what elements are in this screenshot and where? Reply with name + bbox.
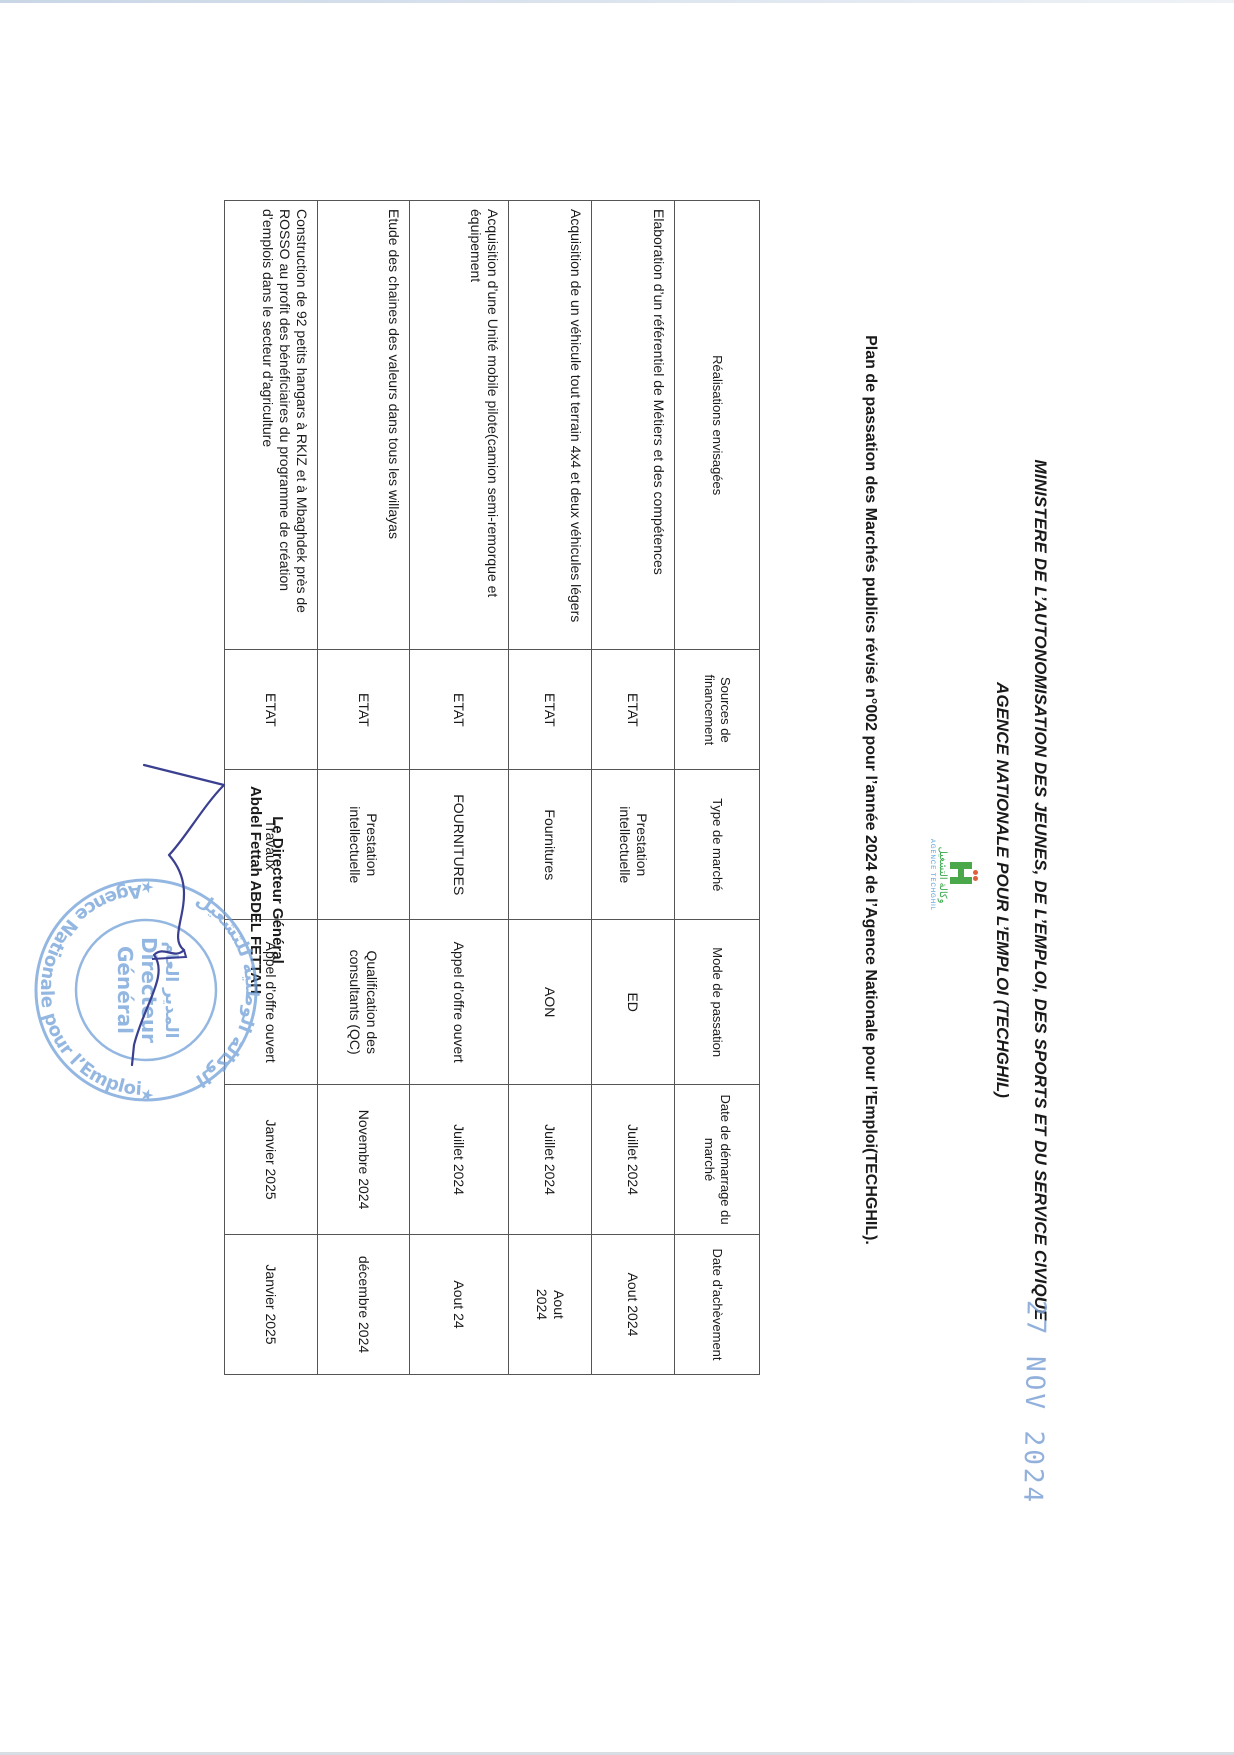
cell-realisation: Construction de 92 petits hangars à RKIZ… <box>225 201 318 650</box>
cell-financement: ETAT <box>410 650 509 770</box>
logo-mark-icon <box>950 862 972 884</box>
handwritten-signature-icon <box>124 745 244 1075</box>
column-header-mode: Mode de passation <box>675 920 760 1085</box>
column-header-type: Type de marché <box>675 770 760 920</box>
cell-realisation: Acquisition d’une Unité mobile pilote(ca… <box>410 201 509 650</box>
cell-financement: ETAT <box>509 650 592 770</box>
cell-mode: ED <box>592 920 675 1085</box>
logo-arabic-text: وكالة التشغيل <box>937 820 948 930</box>
cell-demarrage: Juillet 2024 <box>410 1085 509 1235</box>
column-header-financement: Sources de financement <box>675 650 760 770</box>
column-header-realisations: Réalisations envisagées <box>675 201 760 650</box>
cell-achevement: décembre 2024 <box>318 1235 410 1375</box>
cell-financement: ETAT <box>318 650 410 770</box>
cell-demarrage: Juillet 2024 <box>509 1085 592 1235</box>
cell-realisation: Etude des chaines des valeurs dans tous … <box>318 201 410 650</box>
cell-achevement: Aout 2024 <box>509 1235 592 1375</box>
cell-realisation: Acquisition de un véhicule tout terrain … <box>509 201 592 650</box>
cell-demarrage: Juillet 2024 <box>592 1085 675 1235</box>
cell-demarrage: Novembre 2024 <box>318 1085 410 1235</box>
agency-logo: وكالة التشغيل AGENCE TECHGHIL <box>922 820 972 930</box>
column-header-achevement: Date d’achèvement <box>675 1235 760 1375</box>
svg-text:★: ★ <box>138 1088 155 1102</box>
cell-mode: Qualification des consultants (QC) <box>318 920 410 1085</box>
received-date-stamp: 27 NOV 2024 <box>1017 1300 1051 1506</box>
document-page: MINISTERE DE L’AUTONOMISATION DES JEUNES… <box>0 0 1234 1755</box>
cell-financement: ETAT <box>592 650 675 770</box>
table-row: Elaboration d’un référentiel de Métiers … <box>592 201 675 1375</box>
column-header-demarrage: Date de démarrage du marché <box>675 1085 760 1235</box>
cell-type: FOURNITURES <box>410 770 509 920</box>
table-row: Etude des chaines des valeurs dans tous … <box>318 201 410 1375</box>
cell-achevement: Janvier 2025 <box>225 1235 318 1375</box>
cell-type: Prestation intellectuelle <box>592 770 675 920</box>
cell-type: Fournitures <box>509 770 592 920</box>
signatory-title: Le Directeur Général <box>269 740 286 1040</box>
procurement-plan-table: Réalisations envisagées Sources de finan… <box>224 200 760 1375</box>
cell-achevement: Aout 2024 <box>592 1235 675 1375</box>
table-row: Acquisition d’une Unité mobile pilote(ca… <box>410 201 509 1375</box>
document-title: Plan de passation des Marchés publics ré… <box>861 200 879 1380</box>
cell-realisation: Elaboration d’un référentiel de Métiers … <box>592 201 675 650</box>
cell-mode: AON <box>509 920 592 1085</box>
table-header-row: Réalisations envisagées Sources de finan… <box>675 201 760 1375</box>
cell-type: Prestation intellectuelle <box>318 770 410 920</box>
cell-mode: Appel d’offre ouvert <box>410 920 509 1085</box>
table-row: Acquisition de un véhicule tout terrain … <box>509 201 592 1375</box>
cell-achevement: Aout 24 <box>410 1235 509 1375</box>
logo-french-text: AGENCE TECHGHIL <box>929 820 935 930</box>
agency-heading: AGENCE NATIONALE POUR L’EMPLOI (TECHGHIL… <box>992 300 1012 1480</box>
